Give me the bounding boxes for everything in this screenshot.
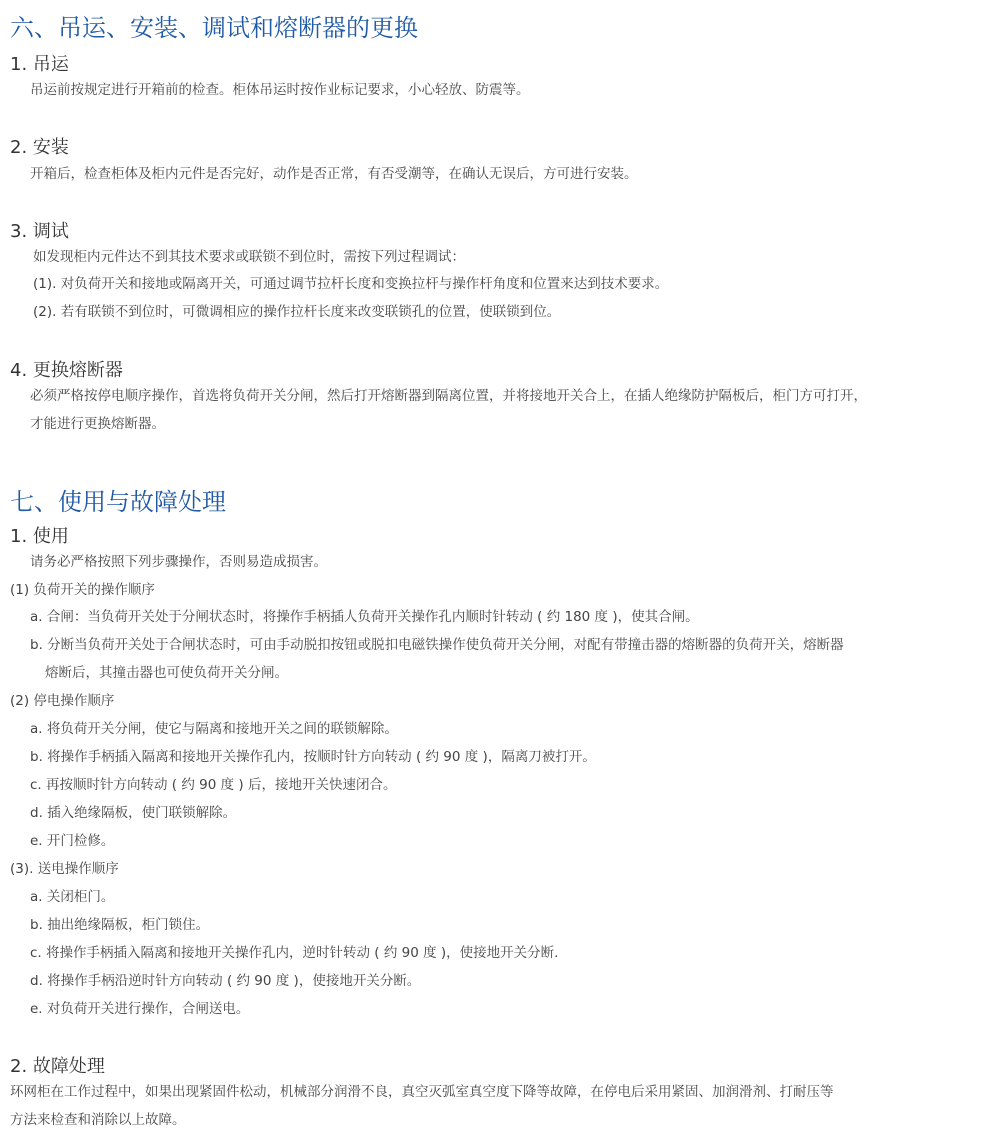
power-on-step: c. 将操作手柄插入隔离和接地开关操作孔内，逆时针转动 ( 约 90 度 )，使… [30, 941, 558, 961]
power-on-step: d. 将操作手柄沿逆时针方向转动 ( 约 90 度 )，使接地开关分断。 [30, 969, 420, 989]
subsection-fuse-title: 4. 更换熔断器 [10, 356, 123, 382]
power-off-step: e. 开门检修。 [30, 829, 114, 849]
power-on-step: e. 对负荷开关进行操作，合闸送电。 [30, 997, 249, 1017]
section-6-title: 六、吊运、安装、调试和熔断器的更换 [10, 8, 418, 43]
hoisting-body: 吊运前按规定进行开箱前的检查。柜体吊运时按作业标记要求，小心轻放、防震等。 [30, 78, 530, 98]
load-switch-sequence-title: (1) 负荷开关的操作顺序 [10, 578, 155, 598]
load-switch-step: a. 合闸：当负荷开关处于分闸状态时，将操作手柄插人负荷开关操作孔内顺时针转动 … [30, 605, 699, 625]
load-switch-step: b. 分断当负荷开关处于合闸状态时，可由手动脱扣按钮或脱扣电磁铁操作使负荷开关分… [30, 633, 844, 653]
install-body: 开箱后，检查柜体及柜内元件是否完好，动作是否正常，有否受潮等，在确认无误后，方可… [30, 162, 638, 182]
fuse-body-line2: 才能进行更换熔断器。 [30, 412, 165, 432]
subsection-debug-title: 3. 调试 [10, 217, 69, 243]
troubleshoot-body-line2: 方法来检查和消除以上故障。 [10, 1108, 186, 1128]
subsection-troubleshoot-title: 2. 故障处理 [10, 1052, 105, 1078]
usage-intro: 请务必严格按照下列步骤操作，否则易造成损害。 [30, 550, 327, 570]
power-off-step: d. 插入绝缘隔板，使门联锁解除。 [30, 801, 236, 821]
section-7-title: 七、使用与故障处理 [10, 482, 226, 517]
subsection-usage-title: 1. 使用 [10, 522, 69, 548]
power-off-sequence-title: (2) 停电操作顺序 [10, 689, 114, 709]
power-off-step: b. 将操作手柄插入隔离和接地开关操作孔内，按顺时针方向转动 ( 约 90 度 … [30, 745, 596, 765]
power-on-step: a. 关闭柜门。 [30, 885, 114, 905]
subsection-hoisting-title: 1. 吊运 [10, 50, 69, 76]
subsection-install-title: 2. 安装 [10, 133, 69, 159]
debug-intro: 如发现柜内元件达不到其技术要求或联锁不到位时，需按下列过程调试： [33, 245, 465, 265]
power-off-step: a. 将负荷开关分闸，使它与隔离和接地开关之间的联锁解除。 [30, 717, 398, 737]
debug-item: (1). 对负荷开关和接地或隔离开关，可通过调节拉杆长度和变换拉杆与操作杆角度和… [33, 272, 668, 292]
fuse-body-line1: 必须严格按停电顺序操作，首选将负荷开关分闸，然后打开熔断器到隔离位置，并将接地开… [30, 384, 867, 404]
troubleshoot-body-line1: 环网柜在工作过程中，如果出现紧固件松动，机械部分润滑不良，真空灭弧室真空度下降等… [10, 1080, 834, 1100]
power-on-sequence-title: (3). 送电操作顺序 [10, 857, 119, 877]
power-off-step: c. 再按顺时针方向转动 ( 约 90 度 ) 后，接地开关快速闭合。 [30, 773, 396, 793]
debug-item: (2). 若有联锁不到位时，可微调相应的操作拉杆长度来改变联锁孔的位置，使联锁到… [33, 300, 560, 320]
power-on-step: b. 抽出绝缘隔板，柜门锁住。 [30, 913, 209, 933]
load-switch-step-cont: 熔断后，其撞击器也可使负荷开关分闸。 [45, 661, 288, 681]
